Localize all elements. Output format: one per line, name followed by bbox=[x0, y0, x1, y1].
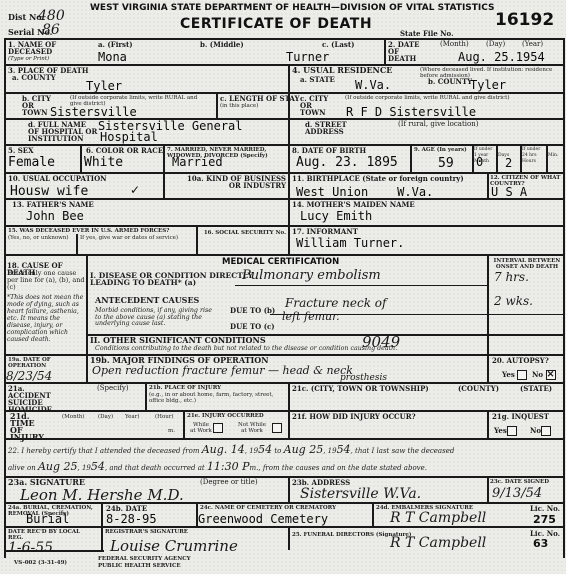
death-county: Tyler bbox=[86, 80, 122, 92]
f4-label: 4. USUAL RESIDENCE bbox=[292, 67, 392, 74]
f10-label: 10. USUAL OCCUPATION bbox=[8, 175, 107, 182]
f1-label: 1. NAME OF DECEASED bbox=[8, 41, 78, 55]
footer-agency-2: PUBLIC HEALTH SERVICE bbox=[98, 563, 181, 569]
age-months: 0 bbox=[476, 156, 483, 168]
f2-label: 2. DATE OF DEATH bbox=[388, 41, 424, 62]
mother-name: Lucy Emith bbox=[300, 210, 372, 222]
autopsy-no-checkbox[interactable]: ✕ bbox=[546, 370, 556, 380]
antecedent-note: Morbid conditions, if any, giving rise t… bbox=[95, 308, 220, 328]
last-seen-year: 54 bbox=[91, 460, 105, 473]
part1-label: I. DISEASE OR CONDITION DIRECTLY LEADING… bbox=[90, 272, 260, 286]
embalmer-license: 275 bbox=[533, 513, 556, 526]
state-file-label: State File No. bbox=[400, 30, 454, 37]
f3-stay-label: c. LENGTH OF STAY bbox=[220, 95, 300, 102]
cemetery: Greenwood Cemetery bbox=[198, 513, 328, 525]
form-number: VS-002 (3-31-49) bbox=[14, 560, 67, 566]
interval-label: INTERVAL BETWEEN ONSET AND DEATH bbox=[492, 258, 562, 270]
f21b-note: (e.g., in or about home, farm, factory, … bbox=[149, 392, 289, 404]
f1-last-label: c. (Last) bbox=[322, 41, 354, 48]
f2-month-label: (Month) bbox=[440, 41, 469, 48]
f14-label: 14. MOTHER'S MAIDEN NAME bbox=[292, 201, 415, 208]
physician-address: Sistersville W.Va. bbox=[300, 486, 421, 502]
f10a-label: 10a. KIND OF BUSINESS OR INDUSTRY bbox=[178, 175, 286, 189]
f25-lic-label: Lic. No. bbox=[530, 530, 560, 537]
birthplace: West Union W.Va. bbox=[296, 186, 433, 198]
f3-stay-note: (in this place) bbox=[220, 103, 258, 109]
autopsy-yes-checkbox[interactable] bbox=[517, 370, 527, 380]
attended-from: Aug. 14 bbox=[202, 443, 245, 456]
informant: William Turner. bbox=[296, 237, 404, 249]
due-c-label: DUE TO (c) bbox=[230, 323, 275, 330]
attended-to: Aug 25 bbox=[284, 443, 324, 456]
attended-from-year: 54 bbox=[258, 443, 272, 456]
father-name: John Bee bbox=[26, 210, 84, 222]
attended-to-year: 54 bbox=[337, 443, 351, 456]
residence-state: W.Va. bbox=[355, 79, 391, 91]
f17-label: 17. INFORMANT bbox=[292, 228, 358, 235]
f2-year-label: (Year) bbox=[522, 41, 543, 48]
f3-hospital-label: d. FULL NAME OF HOSPITAL OR INSTITUTION bbox=[28, 121, 98, 142]
f4-city-label: c. CITY OR TOWN bbox=[300, 95, 330, 116]
certification-statement: 22. I hereby certify that I attended the… bbox=[8, 442, 563, 476]
f3-county-label: a. COUNTY bbox=[12, 74, 56, 81]
director-license: 63 bbox=[533, 537, 548, 550]
cause-note: *This does not mean the mode of dying, s… bbox=[7, 294, 85, 343]
f1-first-label: a. (First) bbox=[98, 41, 133, 48]
f23-date-label: 23c. DATE SIGNED bbox=[490, 479, 549, 485]
marital-status: Married bbox=[172, 156, 223, 168]
inquest-no-checkbox[interactable] bbox=[541, 426, 551, 436]
cause-a: Pulmonary embolism bbox=[242, 268, 381, 283]
not-while-at-work-checkbox[interactable] bbox=[272, 423, 282, 433]
operation-date: 8/23/54 bbox=[6, 369, 52, 383]
f8-label: 8. DATE OF BIRTH bbox=[292, 147, 366, 154]
occupation: Housw wife bbox=[10, 186, 88, 198]
f24-date-label: 24b. DATE bbox=[106, 505, 147, 512]
f4-street-note: (If rural, give location) bbox=[398, 121, 478, 128]
inquest-yes-checkbox[interactable] bbox=[507, 426, 517, 436]
f23-addr-label: 23b. ADDRESS bbox=[292, 479, 350, 486]
check-mark-icon: ✓ bbox=[130, 183, 140, 197]
burial-date: 8-28-95 bbox=[106, 513, 157, 525]
hospital-line2: Hospital bbox=[100, 131, 158, 143]
f21f-label: 21f. HOW DID INJURY OCCUR? bbox=[292, 413, 416, 420]
f21b-label: 21b. PLACE OF INJURY bbox=[149, 385, 285, 391]
f15-label: 15. WAS DECEASED EVER IN U.S. ARMED FORC… bbox=[8, 228, 169, 234]
f21a-label: 21a. ACCIDENT SUICIDE HOMICIDE bbox=[8, 385, 68, 413]
f11-label: 11. BIRTHPLACE (State or foreign country… bbox=[292, 175, 464, 182]
f21g-label: 21g. INQUEST bbox=[492, 413, 549, 420]
inquest-no[interactable]: No bbox=[530, 426, 551, 436]
f21c-label: 21c. (CITY, TOWN OR TOWNSHIP) bbox=[292, 385, 429, 392]
f1-sub: (Type or Print) bbox=[8, 56, 49, 62]
f3-city-label: b. CITY OR TOWN bbox=[22, 95, 52, 116]
date-of-death: Aug. 25.1954 bbox=[458, 51, 545, 63]
f9-min-label: Min. bbox=[548, 153, 558, 159]
f21e-label: 21e. INJURY OCCURRED bbox=[187, 413, 264, 419]
cause-instr: Enter only one cause per line for (a), (… bbox=[7, 270, 85, 291]
date-of-birth: Aug. 23. 1895 bbox=[296, 157, 398, 169]
death-city: Sistersville bbox=[50, 106, 137, 118]
interval-a: 7 hrs. bbox=[494, 270, 529, 284]
interval-b: 2 wks. bbox=[494, 294, 533, 308]
disposition: Burial bbox=[26, 513, 69, 525]
f21d-hour: (Hour) bbox=[155, 414, 174, 420]
date-received: 1-6-55 bbox=[8, 540, 53, 556]
serial-value: 86 bbox=[42, 22, 60, 38]
f20-label: 20. AUTOPSY? bbox=[492, 357, 549, 364]
f21c-state: (STATE) bbox=[520, 385, 552, 392]
operation-findings: Open reduction fracture femur — head & n… bbox=[92, 364, 353, 377]
cause-b2: left femur. bbox=[282, 310, 340, 323]
antecedent-label: ANTECEDENT CAUSES bbox=[95, 297, 199, 304]
race: White bbox=[84, 157, 123, 169]
age-days: 2 bbox=[505, 157, 512, 169]
medical-cert-title: MEDICAL CERTIFICATION bbox=[222, 258, 339, 266]
part2-value: 9049 bbox=[362, 333, 400, 351]
date-signed: 9/13/54 bbox=[492, 486, 542, 501]
citizenship: U S A bbox=[491, 186, 527, 198]
age-years: 59 bbox=[438, 158, 454, 170]
f6-label: 6. COLOR OR RACE bbox=[86, 147, 163, 154]
f24-cemetery-label: 24c. NAME OF CEMETERY OR CREMATORY bbox=[200, 505, 336, 511]
f9-hours-label: If under 24 hrs Hours bbox=[522, 147, 546, 165]
f21d-label: 21d. TIME OF INJURY bbox=[10, 413, 50, 441]
f21e-while: While at Work bbox=[190, 422, 212, 434]
first-name: Mona bbox=[98, 51, 127, 63]
funeral-director-signature: R T Campbell bbox=[390, 535, 486, 551]
f23-sig-label: 23a. SIGNATURE bbox=[8, 479, 85, 486]
f15-sub2: If yes, give war or dates of service) bbox=[80, 235, 178, 241]
f21d-day: (Day) bbox=[98, 414, 113, 420]
f4-state-label: a. STATE bbox=[300, 76, 335, 83]
part2-label: II. OTHER SIGNIFICANT CONDITIONS bbox=[90, 337, 266, 344]
cause-b: Fracture neck of bbox=[285, 296, 386, 310]
f15-sub1: (Yes, no, or unknown) bbox=[8, 235, 69, 241]
f21d-m: m. bbox=[168, 428, 175, 434]
autopsy-no[interactable]: No ✕ bbox=[532, 370, 556, 380]
due-b-label: DUE TO (b) bbox=[230, 307, 275, 314]
footer-agency: FEDERAL SECURITY AGENCY bbox=[98, 556, 191, 562]
while-at-work-checkbox[interactable] bbox=[213, 423, 223, 433]
inquest-yes[interactable]: Yes bbox=[494, 426, 517, 436]
autopsy-yes[interactable]: Yes bbox=[502, 370, 527, 380]
last-name: Turner bbox=[286, 51, 329, 63]
residence-county: Tyler bbox=[470, 79, 506, 91]
death-certificate: WEST VIRGINIA STATE DEPARTMENT OF HEALTH… bbox=[0, 0, 566, 574]
f24-lic-label: Lic. No. bbox=[530, 505, 560, 512]
f25-registrar-label: REGISTRAR'S SIGNATURE bbox=[105, 529, 188, 535]
embalmer-signature: R T Campbell bbox=[390, 510, 486, 526]
f23-degree-label: (Degree or title) bbox=[200, 479, 258, 486]
f4-city-note: (If outside corporate limits, write RURA… bbox=[345, 95, 509, 101]
f5-label: 5. SEX bbox=[8, 147, 34, 154]
f13-label: 13. FATHER'S NAME bbox=[12, 201, 94, 208]
f19a-label: 19a. DATE OF OPERATION bbox=[8, 357, 78, 369]
last-seen-alive: Aug 25 bbox=[38, 460, 78, 473]
f4-street-label: d. STREET ADDRESS bbox=[305, 121, 365, 135]
f21a-specify: (Specify) bbox=[97, 385, 129, 392]
f21d-year: Year) bbox=[125, 414, 139, 420]
f21d-month: (Month) bbox=[62, 414, 85, 420]
f1-middle-label: b. (Middle) bbox=[200, 41, 244, 48]
state-file-number: 16192 bbox=[495, 10, 554, 30]
residence-city: R F D Sistersville bbox=[346, 106, 476, 118]
f19b-label: 19b. MAJOR FINDINGS OF OPERATION bbox=[90, 357, 269, 364]
f16-label: 16. SOCIAL SECURITY No. bbox=[200, 230, 286, 236]
registrar-signature: Louise Crumrine bbox=[110, 537, 238, 555]
time-of-death: 11:30 P bbox=[207, 460, 250, 473]
sex: Female bbox=[8, 157, 55, 169]
page-title: CERTIFICATE OF DEATH bbox=[180, 16, 372, 32]
f2-day-label: (Day) bbox=[486, 41, 505, 48]
f4-county-label: b. COUNTY bbox=[428, 78, 472, 85]
f9-label: 9. AGE (In years) bbox=[414, 147, 467, 153]
f21c-county: (COUNTY) bbox=[458, 385, 499, 392]
f21e-not-while: Not While at Work bbox=[236, 422, 268, 434]
agency-header: WEST VIRGINIA STATE DEPARTMENT OF HEALTH… bbox=[90, 4, 495, 12]
